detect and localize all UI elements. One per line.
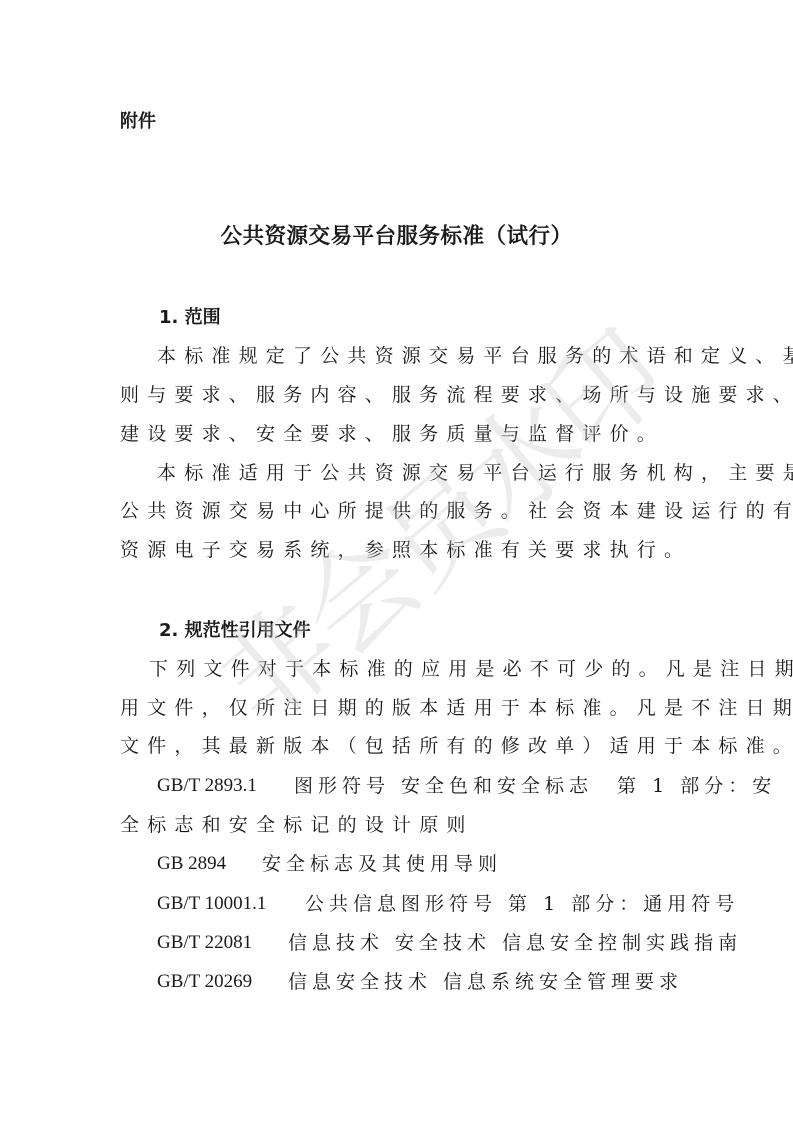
reference-code: GB/T 22081 [157,928,252,958]
paragraph-line: 本标准规定了公共资源交易平台服务的术语和定义、基本原 [157,341,717,371]
paragraph-line: 建设要求、安全要求、服务质量与监督评价。 [120,419,680,449]
reference-code: GB/T 20269 [157,967,252,997]
reference-description: 信息技术 安全技术 信息安全控制实践指南 [288,928,742,958]
reference-description: 图形符号 安全色和安全标志 第 1 部分：安 [294,771,776,801]
reference-description: 安全标志及其使用导则 [262,849,502,879]
reference-code: GB/T 2893.1 [157,771,257,801]
paragraph-line: 资源电子交易系统，参照本标准有关要求执行。 [120,535,680,565]
reference-item: GB/T 22081 信息技术 安全技术 信息安全控制实践指南 [157,928,677,958]
reference-description: 公共信息图形符号 第 1 部分：通用符号 [305,889,739,919]
paragraph-line: 则与要求、服务内容、服务流程要求、场所与设施要求、信息化 [120,380,680,410]
section-heading-normative-references: 2. 规范性引用文件 [159,618,311,644]
reference-continuation: 全标志和安全标记的设计原则 [120,810,680,840]
paragraph-line: 用文件，仅所注日期的版本适用于本标准。凡是不注日期的引用 [120,693,680,723]
reference-item: GB/T 2893.1 图形符号 安全色和安全标志 第 1 部分：安 [157,771,677,801]
reference-item: GB 2894 安全标志及其使用导则 [157,849,677,879]
reference-code: GB/T 10001.1 [157,889,266,919]
paragraph-line: 本标准适用于公共资源交易平台运行服务机构，主要是各级 [157,458,717,488]
reference-description: 信息安全技术 信息系统安全管理要求 [288,967,683,997]
paragraph-line: 公共资源交易中心所提供的服务。社会资本建设运行的有关公共 [120,496,680,526]
document-page: 附件 公共资源交易平台服务标准（试行） 1. 范围 本标准规定了公共资源交易平台… [0,0,793,1122]
reference-code: GB 2894 [157,849,226,879]
document-title: 公共资源交易平台服务标准（试行） [0,220,793,254]
attachment-label: 附件 [120,109,156,135]
paragraph-line: 下列文件对于本标准的应用是必不可少的。凡是注日期的引 [149,654,709,684]
paragraph-line: 文件，其最新版本（包括所有的修改单）适用于本标准。 [120,731,680,761]
section-heading-scope: 1. 范围 [159,305,221,331]
watermark: 非会员水印 [187,304,693,756]
reference-item: GB/T 20269 信息安全技术 信息系统安全管理要求 [157,967,677,997]
reference-item: GB/T 10001.1 公共信息图形符号 第 1 部分：通用符号 [157,889,677,919]
